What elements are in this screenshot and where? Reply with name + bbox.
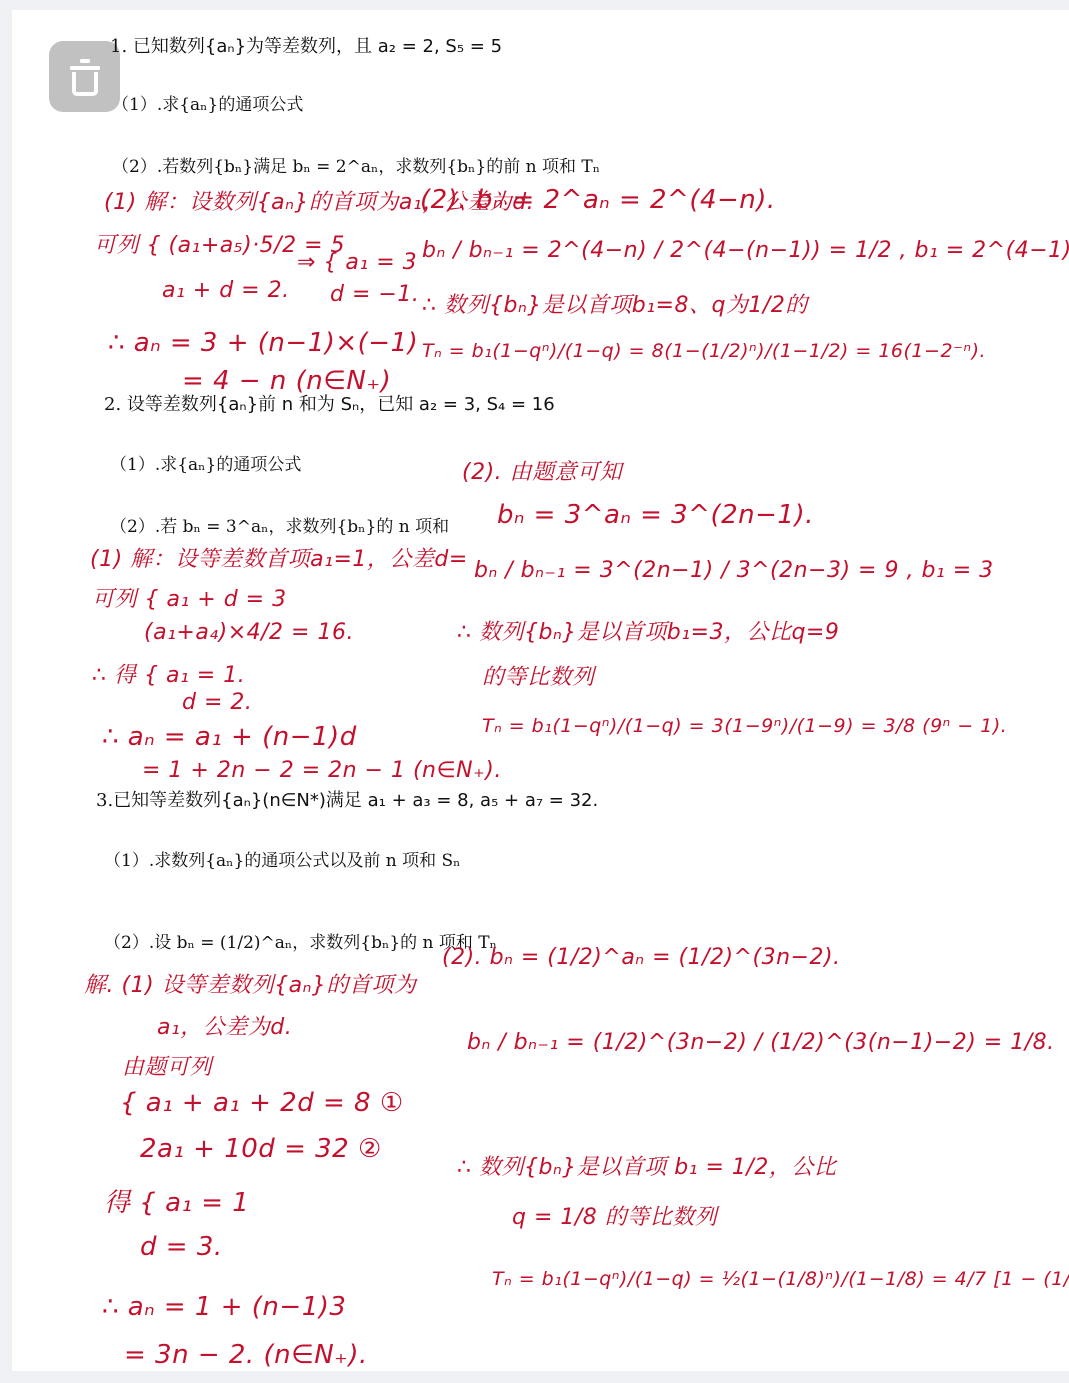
- hw-p3-l0: 解. (1) 设等差数列{aₙ}的首项为: [84, 968, 416, 999]
- hw-p3-l3: { a₁ + a₁ + 2d = 8 ①: [120, 1088, 404, 1118]
- problem-2-statement: 2. 设等差数列{aₙ}前 n 和为 Sₙ，已知 a₂ = 3, S₄ = 16: [104, 390, 555, 416]
- hw-p1-l3: ⇒ { a₁ = 3: [297, 250, 417, 275]
- problem-1-part2: （2）.若数列{bₙ}满足 bₙ = 2^aₙ，求数列{bₙ}的前 n 项和 T…: [112, 152, 600, 177]
- hw-p1-r3: Tₙ = b₁(1−qⁿ)/(1−q) = 8(1−(1/2)ⁿ)/(1−1/2…: [422, 340, 986, 362]
- hw-p3-l1: a₁，公差为d.: [157, 1010, 292, 1041]
- problem-3-statement: 3.已知等差数列{aₙ}(n∈N*)满足 a₁ + a₃ = 8, a₅ + a…: [96, 786, 598, 812]
- hw-p2-l0: (1) 解：设等差数首项a₁=1，公差d=: [90, 542, 468, 573]
- hw-p3-l8: = 3n − 2. (n∈N₊).: [124, 1340, 368, 1370]
- hw-p3-r2: ∴ 数列{bₙ}是以首项 b₁ = 1/2，公比: [457, 1150, 836, 1181]
- problem-2-part2: （2）.若 bₙ = 3^aₙ，求数列{bₙ}的 n 项和: [110, 512, 449, 537]
- hw-p1-r0: (2). bₙ = 2^aₙ = 2^(4−n).: [420, 185, 776, 215]
- problem-2-part1: （1）.求{aₙ}的通项公式: [110, 450, 301, 475]
- hw-p2-r3: ∴ 数列{bₙ}是以首项b₁=3，公比q=9: [457, 615, 839, 646]
- hw-p3-r3: q = 1/8 的等比数列: [512, 1200, 717, 1231]
- problem-2-number: 2.: [104, 394, 121, 415]
- problem-3-number: 3.: [96, 790, 113, 811]
- problem-3-part1: （1）.求数列{aₙ}的通项公式以及前 n 项和 Sₙ: [104, 846, 461, 871]
- trash-icon: [68, 57, 102, 97]
- hw-p3-r0: (2). bₙ = (1/2)^aₙ = (1/2)^(3n−2).: [442, 945, 841, 970]
- problem-1-text: 已知数列{aₙ}为等差数列，且 a₂ = 2, S₅ = 5: [133, 36, 502, 57]
- hw-p1-r1: bₙ / bₙ₋₁ = 2^(4−n) / 2^(4−(n−1)) = 1/2 …: [422, 238, 1069, 263]
- problem-2-text: 设等差数列{aₙ}前 n 和为 Sₙ，已知 a₂ = 3, S₄ = 16: [127, 394, 555, 415]
- hw-p3-l5: 得 { a₁ = 1: [104, 1182, 249, 1219]
- hw-p2-l2: (a₁+a₄)×4/2 = 16.: [144, 620, 354, 645]
- hw-p2-l3: ∴ 得 { a₁ = 1.: [92, 658, 245, 689]
- hw-p1-r2: ∴ 数列{bₙ}是以首项b₁=8、q为1/2的: [422, 288, 808, 319]
- hw-p3-l2: 由题可列: [122, 1050, 212, 1081]
- problem-1-part1: （1）.求{aₙ}的通项公式: [112, 90, 303, 115]
- hw-p2-l6: = 1 + 2n − 2 = 2n − 1 (n∈N₊).: [142, 758, 502, 783]
- hw-p3-r1: bₙ / bₙ₋₁ = (1/2)^(3n−2) / (1/2)^(3(n−1)…: [467, 1030, 1055, 1055]
- document-page: 1. 已知数列{aₙ}为等差数列，且 a₂ = 2, S₅ = 5 （1）.求{…: [12, 10, 1069, 1371]
- hw-p3-l4: 2a₁ + 10d = 32 ②: [140, 1134, 382, 1164]
- hw-p3-r4: Tₙ = b₁(1−qⁿ)/(1−q) = ½(1−(1/8)ⁿ)/(1−1/8…: [492, 1268, 1069, 1290]
- problem-3-part2: （2）.设 bₙ = (1/2)^aₙ，求数列{bₙ}的 n 项和 Tₙ: [104, 928, 497, 953]
- problem-1-number: 1.: [110, 36, 127, 57]
- hw-p3-l7: ∴ aₙ = 1 + (n−1)3: [102, 1292, 346, 1322]
- hw-p2-l5: ∴ aₙ = a₁ + (n−1)d: [102, 722, 357, 752]
- hw-p1-l2: a₁ + d = 2.: [162, 278, 290, 303]
- hw-p2-l4: d = 2.: [182, 690, 252, 715]
- hw-p1-l4: d = −1.: [330, 282, 419, 307]
- hw-p2-r0: (2). 由题意可知: [462, 455, 622, 486]
- hw-p2-l1: 可列 { a₁ + d = 3: [92, 582, 287, 613]
- hw-p1-l5: ∴ aₙ = 3 + (n−1)×(−1): [108, 328, 418, 358]
- hw-p3-l6: d = 3.: [140, 1232, 223, 1262]
- problem-3-text: 已知等差数列{aₙ}(n∈N*)满足 a₁ + a₃ = 8, a₅ + a₇ …: [113, 790, 598, 811]
- hw-p2-r5: Tₙ = b₁(1−qⁿ)/(1−q) = 3(1−9ⁿ)/(1−9) = 3/…: [482, 715, 1007, 737]
- hw-p2-r4: 的等比数列: [482, 660, 595, 691]
- hw-p2-r1: bₙ = 3^aₙ = 3^(2n−1).: [497, 500, 814, 530]
- hw-p2-r2: bₙ / bₙ₋₁ = 3^(2n−1) / 3^(2n−3) = 9 , b₁…: [474, 558, 994, 583]
- problem-1-statement: 1. 已知数列{aₙ}为等差数列，且 a₂ = 2, S₅ = 5: [110, 32, 502, 58]
